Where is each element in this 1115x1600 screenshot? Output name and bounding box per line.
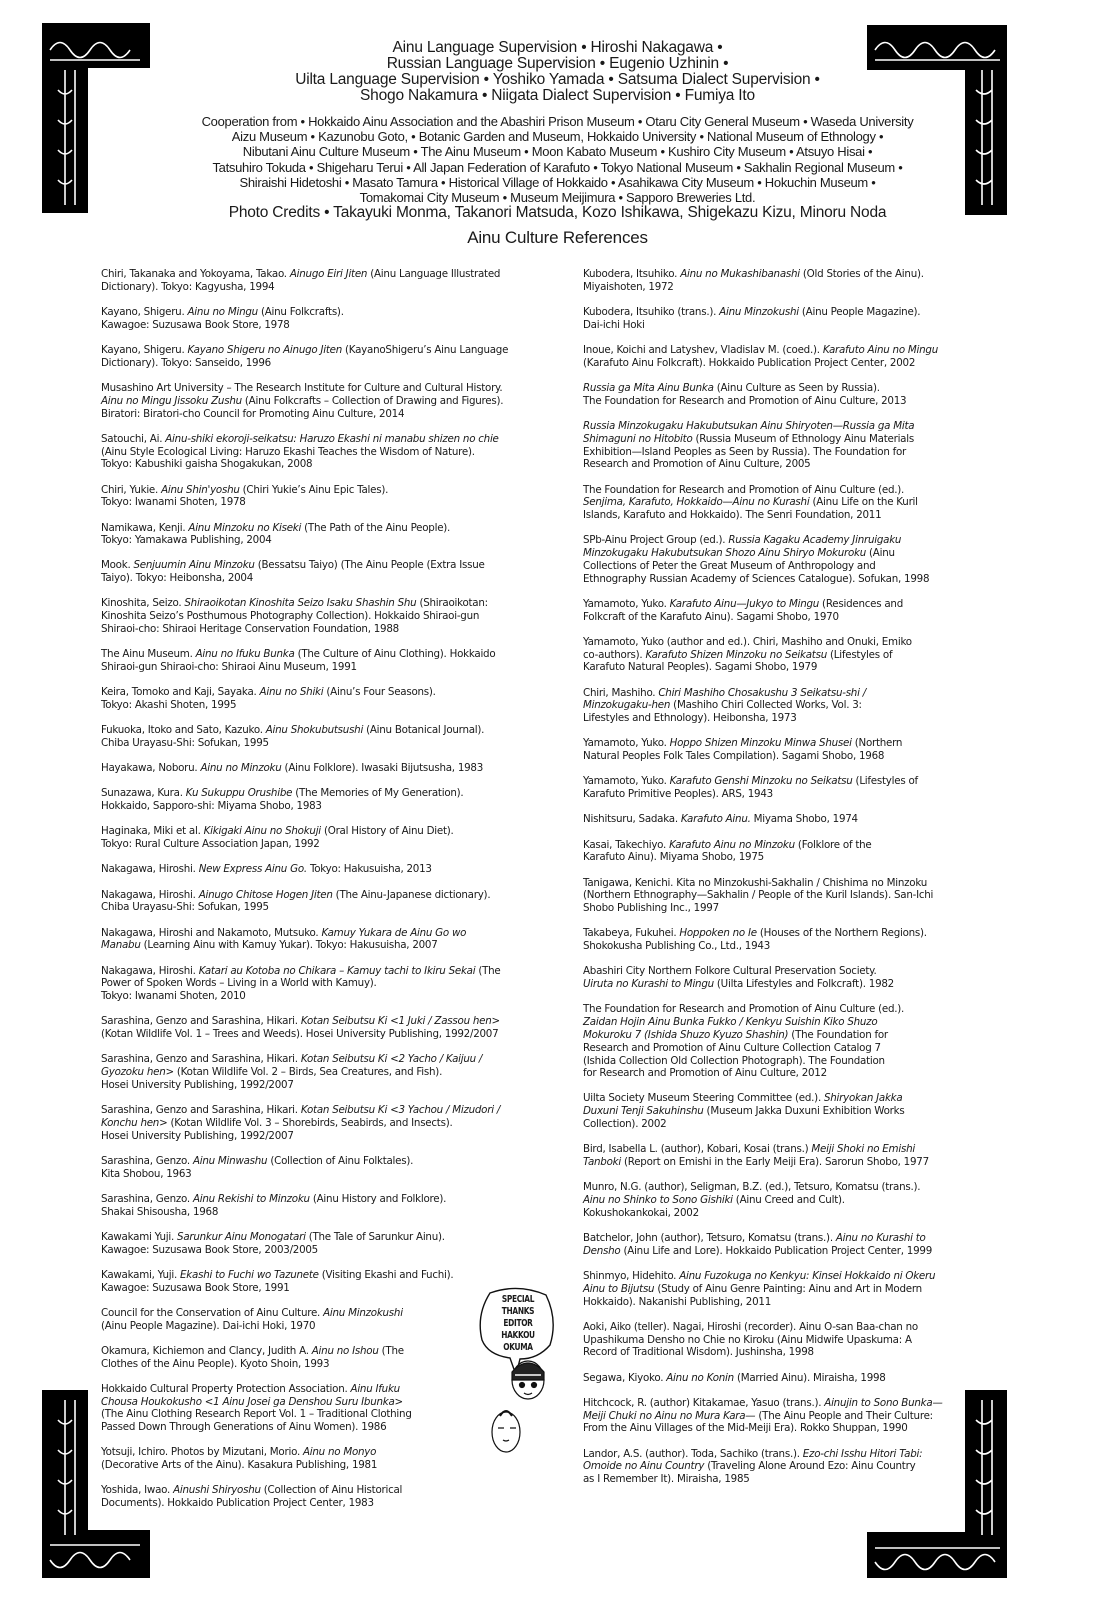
reference-entry: Aoki, Aiko (teller). Nagai, Hiroshi (rec…	[583, 1321, 983, 1359]
reference-entry: Sarashina, Genzo and Sarashina, Hikari. …	[101, 1015, 551, 1041]
reference-title: Ainu-shiki ekoroji-seikatsu: Haruzo Ekas…	[165, 433, 498, 445]
reference-title: Ainu Minzokushi	[323, 1307, 403, 1319]
reference-entry: Nakagawa, Hiroshi. Katari au Kotoba no C…	[101, 965, 551, 1003]
reference-title: Ainu Minwashu	[193, 1155, 267, 1167]
supervision-line: Russian Language Supervision • Eugenio U…	[100, 56, 1015, 72]
reference-title: Ainu no Ishou	[312, 1345, 379, 1357]
reference-entry: Nakagawa, Hiroshi and Nakamoto, Mutsuko.…	[101, 927, 551, 953]
reference-entry: Uilta Society Museum Steering Committee …	[583, 1092, 983, 1130]
corner-ornament-bottom-left-vertical	[42, 1390, 88, 1578]
reference-entry: Hitchcock, R. (author) Kitakamae, Yasuo …	[583, 1397, 983, 1435]
reference-entry: Yamamoto, Yuko (author and ed.). Chiri, …	[583, 636, 983, 674]
character-faces-illustration	[488, 1350, 548, 1460]
reference-entry: Haginaka, Miki et al. Kikigaki Ainu no S…	[101, 825, 551, 851]
reference-title: Kikigaki Ainu no Shokuji	[204, 825, 321, 837]
reference-title: Karafuto Ainu.	[681, 813, 751, 825]
reference-entry: Kayano, Shigeru. Kayano Shigeru no Ainug…	[101, 344, 551, 370]
reference-title: Ainu no Shiki	[260, 686, 324, 698]
reference-entry: Takabeya, Fukuhei. Hoppoken no Ie (House…	[583, 927, 983, 953]
reference-entry: Kinoshita, Seizo. Shiraoikotan Kinoshita…	[101, 597, 551, 635]
reference-title: Ainu no Mukashibanashi	[680, 268, 800, 280]
reference-title: Shiraoikotan Kinoshita Seizo Isaku Shash…	[184, 597, 416, 609]
reference-entry: Kawakami Yuji. Sarunkur Ainu Monogatari …	[101, 1231, 551, 1257]
reference-title: Karafuto Ainu no Minzoku	[669, 839, 795, 851]
reference-title: Ainugo Chitose Hogen Jiten	[199, 889, 333, 901]
reference-entry: Russia ga Mita Ainu Bunka (Ainu Culture …	[583, 382, 983, 408]
photo-credits: Photo Credits • Takayuki Monma, Takanori…	[100, 204, 1015, 222]
reference-entry: Munro, N.G. (author), Seligman, B.Z. (ed…	[583, 1181, 983, 1219]
reference-entry: Shinmyo, Hidehito. Ainu Fuzokuga no Kenk…	[583, 1270, 983, 1308]
reference-entry: Abashiri City Northern Folkore Cultural …	[583, 965, 983, 991]
supervision-credits: Ainu Language Supervision • Hiroshi Naka…	[100, 40, 1015, 104]
reference-entry: Yamamoto, Yuko. Karafuto Ainu—Jukyo to M…	[583, 598, 983, 624]
reference-entry: Yotsuji, Ichiro. Photos by Mizutani, Mor…	[101, 1446, 551, 1472]
reference-entry: Sarashina, Genzo and Sarashina, Hikari. …	[101, 1053, 551, 1091]
reference-title: Uiruta no Kurashi to Mingu	[583, 978, 714, 990]
reference-title: Senjima, Karafuto, Hokkaido—Ainu no Kura…	[583, 496, 809, 508]
reference-entry: Inoue, Koichi and Latyshev, Vladislav M.…	[583, 344, 983, 370]
reference-title: Ainushi Shiryoshu	[173, 1484, 261, 1496]
reference-entry: Nakagawa, Hiroshi. Ainugo Chitose Hogen …	[101, 889, 551, 915]
reference-entry: Bird, Isabella L. (author), Kobari, Kosa…	[583, 1143, 983, 1169]
reference-title: Hoppo Shizen Minzoku Minwa Shusei	[670, 737, 852, 749]
reference-title: Ainu no Mingu Jissoku Zushu	[101, 395, 242, 407]
reference-entry: Sarashina, Genzo. Ainu Rekishi to Minzok…	[101, 1193, 551, 1219]
reference-title: Karafuto Genshi Minzoku no Seikatsu	[670, 775, 853, 787]
supervision-line: Ainu Language Supervision • Hiroshi Naka…	[100, 40, 1015, 56]
references-heading: Ainu Culture References	[100, 228, 1015, 248]
reference-title: Karafuto Shizen Minzoku no Seikatsu	[645, 649, 826, 661]
reference-entry: Yoshida, Iwao. Ainushi Shiryoshu (Collec…	[101, 1484, 551, 1510]
reference-entry: Fukuoka, Itoko and Sato, Kazuko. Ainu Sh…	[101, 724, 551, 750]
reference-entry: Hayakawa, Noboru. Ainu no Minzoku (Ainu …	[101, 762, 551, 775]
reference-entry: Landor, A.S. (author). Toda, Sachiko (tr…	[583, 1448, 983, 1486]
reference-entry: Nishitsuru, Sadaka. Karafuto Ainu. Miyam…	[583, 813, 983, 826]
reference-title: Hoppoken no Ie	[679, 927, 756, 939]
reference-title: Senjuumin Ainu Minzoku	[134, 559, 255, 571]
supervision-line: Uilta Language Supervision • Yoshiko Yam…	[100, 72, 1015, 88]
reference-title: Sarunkur Ainu Monogatari	[177, 1231, 306, 1243]
reference-entry: Musashino Art University – The Research …	[101, 382, 551, 420]
reference-entry: SPb-Ainu Project Group (ed.). Russia Kag…	[583, 534, 983, 585]
cooperation-line: Nibutani Ainu Culture Museum • The Ainu …	[100, 144, 1015, 159]
reference-entry: Hokkaido Cultural Property Protection As…	[101, 1383, 551, 1434]
reference-title: Ainu Minzokushi	[719, 306, 799, 318]
supervision-line: Shogo Nakamura • Niigata Dialect Supervi…	[100, 88, 1015, 104]
reference-entry: Sarashina, Genzo. Ainu Minwashu (Collect…	[101, 1155, 551, 1181]
reference-entry: Yamamoto, Yuko. Hoppo Shizen Minzoku Min…	[583, 737, 983, 763]
reference-title: Ainu Minzoku no Kiseki	[188, 522, 301, 534]
reference-title: Ainu no Ifuku Bunka	[196, 648, 295, 660]
cooperation-line: Tomakomai City Museum • Museum Meijimura…	[100, 190, 1015, 205]
reference-title: Ainu no Minzoku	[200, 762, 281, 774]
reference-entry: Segawa, Kiyoko. Ainu no Konin (Married A…	[583, 1372, 983, 1385]
reference-title: Ekashi to Fuchi wo Tazunete	[180, 1269, 319, 1281]
corner-ornament-top-left-vertical	[42, 23, 88, 213]
reference-title: Kotan Seibutsu Ki <1 Juki / Zassou hen>	[301, 1015, 500, 1027]
reference-entry: Russia Minzokugaku Hakubutsukan Ainu Shi…	[583, 420, 983, 471]
reference-entry: Chiri, Mashiho. Chiri Mashiho Chosakushu…	[583, 687, 983, 725]
reference-title: Ainu no Shinko to Sono Gishiki	[583, 1194, 733, 1206]
references-right-column: Kubodera, Itsuhiko. Ainu no Mukashibanas…	[583, 268, 983, 1498]
reference-title: New Express Ainu Go.	[199, 863, 307, 875]
reference-title: Ainu Shokubutsushi	[266, 724, 363, 736]
reference-entry: Kayano, Shigeru. Ainu no Mingu (Ainu Fol…	[101, 306, 551, 332]
reference-entry: Nakagawa, Hiroshi. New Express Ainu Go. …	[101, 863, 551, 876]
reference-title: Ainu no Konin	[666, 1372, 734, 1384]
reference-entry: Chiri, Yukie. Ainu Shin'yoshu (Chiri Yuk…	[101, 484, 551, 510]
reference-entry: The Foundation for Research and Promotio…	[583, 1003, 983, 1080]
reference-entry: Kasai, Takechiyo. Karafuto Ainu no Minzo…	[583, 839, 983, 865]
reference-title: Russia ga Mita Ainu Bunka	[583, 382, 714, 394]
special-thanks-text: SPECIAL THANKS EDITOR HAKKOU OKUMA	[487, 1294, 549, 1354]
reference-entry: Satouchi, Ai. Ainu-shiki ekoroji-seikats…	[101, 433, 551, 471]
reference-title: Ku Sukuppu Orushibe	[186, 787, 292, 799]
reference-entry: Batchelor, John (author), Tetsuro, Komat…	[583, 1232, 983, 1258]
cooperation-line: Cooperation from • Hokkaido Ainu Associa…	[100, 114, 1015, 129]
reference-title: Ainu no Mingu	[188, 306, 258, 318]
reference-entry: Kubodera, Itsuhiko (trans.). Ainu Minzok…	[583, 306, 983, 332]
reference-title: Ainu no Monyo	[303, 1446, 376, 1458]
cooperation-line: Aizu Museum • Kazunobu Goto, • Botanic G…	[100, 129, 1015, 144]
reference-entry: Yamamoto, Yuko. Karafuto Genshi Minzoku …	[583, 775, 983, 801]
reference-title: Ainugo Eiri Jiten	[290, 268, 367, 280]
reference-entry: Sarashina, Genzo and Sarashina, Hikari. …	[101, 1104, 551, 1142]
reference-title: Karafuto Ainu—Jukyo to Mingu	[670, 598, 819, 610]
reference-title: Katari au Kotoba no Chikara – Kamuy tach…	[199, 965, 476, 977]
reference-entry: Chiri, Takanaka and Yokoyama, Takao. Ain…	[101, 268, 551, 294]
reference-entry: The Foundation for Research and Promotio…	[583, 484, 983, 522]
reference-entry: Keira, Tomoko and Kaji, Sayaka. Ainu no …	[101, 686, 551, 712]
reference-entry: Mook. Senjuumin Ainu Minzoku (Bessatsu T…	[101, 559, 551, 585]
reference-entry: Tanigawa, Kenichi. Kita no Minzokushi-Sa…	[583, 877, 983, 915]
cooperation-line: Tatsuhiro Tokuda • Shigeharu Terui • All…	[100, 160, 1015, 175]
cooperation-line: Shiraishi Hidetoshi • Masato Tamura • Hi…	[100, 175, 1015, 190]
reference-title: Ainu Rekishi to Minzoku	[193, 1193, 310, 1205]
reference-entry: Sunazawa, Kura. Ku Sukuppu Orushibe (The…	[101, 787, 551, 813]
reference-entry: The Ainu Museum. Ainu no Ifuku Bunka (Th…	[101, 648, 551, 674]
reference-entry: Namikawa, Kenji. Ainu Minzoku no Kiseki …	[101, 522, 551, 548]
reference-title: Ainu Shin'yoshu	[161, 484, 240, 496]
cooperation-credits: Cooperation from • Hokkaido Ainu Associa…	[100, 114, 1015, 205]
reference-entry: Kubodera, Itsuhiko. Ainu no Mukashibanas…	[583, 268, 983, 294]
reference-title: Kayano Shigeru no Ainugo Jiten	[188, 344, 343, 356]
reference-title: Karafuto Ainu no Mingu	[823, 344, 938, 356]
